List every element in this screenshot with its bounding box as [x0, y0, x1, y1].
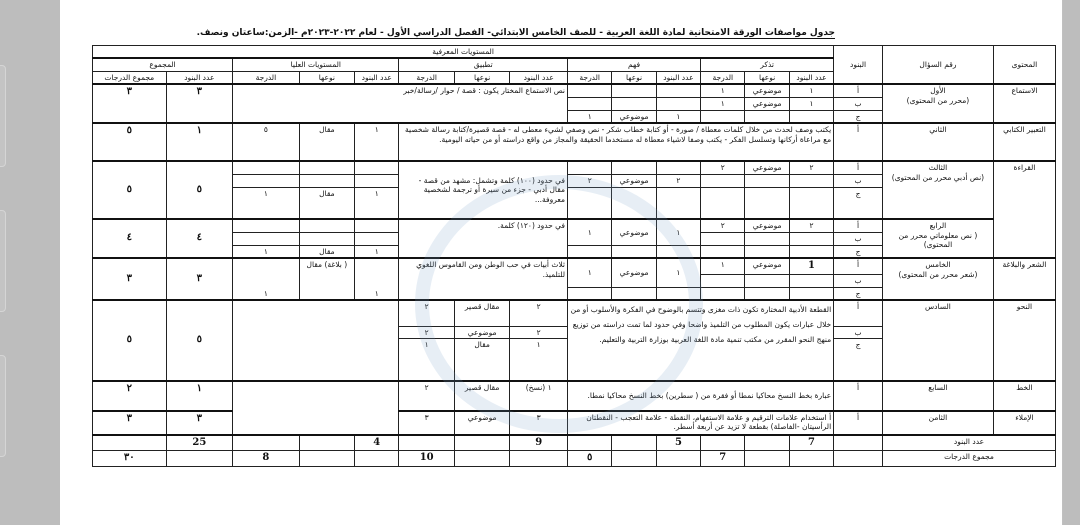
total-items: ١	[166, 381, 233, 411]
cell: ١	[701, 258, 745, 274]
sub-total-grades: مجموع الدرجات	[93, 71, 167, 84]
sub-item-count: عدد البنود	[166, 71, 233, 84]
item-label: ب	[834, 326, 883, 338]
cell	[612, 84, 656, 97]
cell	[656, 245, 700, 258]
gutter-tab	[0, 355, 6, 457]
cell	[612, 97, 656, 110]
apply-items-total: 9	[510, 435, 568, 451]
cell	[789, 110, 833, 123]
question-5: الخامس (شعر محرر من المحتوى)	[882, 258, 993, 300]
grand-total-grades: ٣٠	[93, 451, 167, 467]
cell	[355, 232, 399, 245]
cell	[745, 187, 789, 219]
cell	[233, 219, 300, 232]
total-grades: ٤	[93, 219, 167, 258]
item-label: أ	[834, 219, 883, 232]
cell	[568, 84, 612, 97]
item-label: أ	[834, 411, 883, 435]
sub-grade: الدرجة	[233, 71, 300, 84]
item-label: ج	[834, 187, 883, 219]
total-items: ٥	[166, 161, 233, 219]
specification-table: المحتوى رقم السؤال البنود المستويات المع…	[92, 45, 1056, 467]
cell: موضوعي	[745, 219, 789, 232]
header-remember: تذكر	[701, 58, 834, 71]
cell: مقال	[299, 187, 354, 219]
cell	[701, 435, 745, 451]
cell: ١	[355, 258, 399, 300]
cell	[612, 435, 656, 451]
cell: ١	[233, 245, 300, 258]
header-higher: المستويات العليا	[233, 58, 399, 71]
cell: مقال قصير	[454, 381, 509, 411]
cell: ٢	[656, 174, 700, 187]
cell	[745, 232, 789, 245]
item-label: أ	[834, 300, 883, 326]
cell	[701, 245, 745, 258]
cell: موضوعي	[745, 258, 789, 274]
cell	[656, 287, 700, 300]
item-label: أ	[834, 161, 883, 174]
cell: موضوعي	[454, 326, 509, 338]
question-3: الثالث (نص أدبي محرر من المحتوى)	[882, 161, 993, 219]
item-label: ب	[834, 232, 883, 245]
cell	[656, 161, 700, 174]
cell: 1	[789, 258, 833, 274]
cell	[355, 219, 399, 232]
question-1: الأول (محرر من المحتوى)	[882, 84, 993, 123]
total-grades: ٣	[93, 258, 167, 300]
cell	[745, 435, 789, 451]
question-7: السابع	[882, 381, 993, 411]
cell: ١	[656, 110, 700, 123]
cell: ٣	[399, 411, 454, 435]
cell	[299, 451, 354, 467]
cell	[510, 451, 568, 467]
document-page: جدول مواصفات الورقة الامتحانية لمادة الل…	[60, 0, 1080, 525]
sub-type: نوعها	[745, 71, 789, 84]
sub-grade: الدرجة	[568, 71, 612, 84]
cell	[233, 232, 300, 245]
cell: ١	[701, 84, 745, 97]
cell	[568, 97, 612, 110]
cell: ١	[656, 258, 700, 287]
cell: ١	[233, 187, 300, 219]
sub-type: نوعها	[454, 71, 509, 84]
cell	[701, 274, 745, 287]
table-row: الاستماع الأول (محرر من المحتوى) أ ١ موض…	[93, 84, 1056, 97]
apply-grades-total: 10	[399, 451, 454, 467]
cell	[701, 232, 745, 245]
cell: مقال	[454, 339, 509, 381]
higher-items-total: 4	[355, 435, 399, 451]
cell: ٢	[510, 326, 568, 338]
cell: ١	[656, 219, 700, 245]
cell	[299, 161, 354, 174]
empty-cell	[233, 381, 399, 435]
cell	[612, 287, 656, 300]
item-label: أ	[834, 258, 883, 274]
question-4: الرابع ( نص معلوماتي محرر من المحتوى)	[882, 219, 993, 258]
cell	[834, 451, 883, 467]
cell	[355, 451, 399, 467]
listening-note: نص الاستماع المختار يكون : قصة / حوار /ر…	[233, 84, 568, 123]
question-2: الثاني	[882, 123, 993, 161]
cell: ١	[355, 187, 399, 219]
cell	[233, 435, 300, 451]
sub-type: نوعها	[299, 71, 354, 84]
cell: ١	[568, 219, 612, 245]
item-label: ب	[834, 274, 883, 287]
sub-type: نوعها	[612, 71, 656, 84]
grand-total-items: 25	[166, 435, 233, 451]
dictation-note: أ استخدام علامات الترقيم و علامة الاستفه…	[568, 411, 834, 435]
header-knowledge-levels: المستويات المعرفية	[93, 46, 834, 59]
cell: موضوعي	[612, 174, 656, 187]
sub-grade: الدرجة	[399, 71, 454, 84]
cell	[656, 187, 700, 219]
cell	[656, 97, 700, 110]
cell: موضوعي	[745, 97, 789, 110]
cell	[612, 245, 656, 258]
cell	[568, 161, 612, 174]
cell	[745, 274, 789, 287]
empty-cell	[233, 300, 399, 380]
cell: مقال قصير	[454, 300, 509, 326]
cell	[745, 110, 789, 123]
reading1-note: في حدود (١٠٠) كلمة وتشمل: مشهد من قصة - …	[399, 161, 568, 219]
cell: ١	[568, 258, 612, 287]
cell: ١	[355, 123, 399, 161]
cell	[299, 232, 354, 245]
cell	[789, 174, 833, 187]
sub-item-count: عدد البنود	[789, 71, 833, 84]
cell	[701, 174, 745, 187]
item-label: ب	[834, 174, 883, 187]
cell: ٢	[399, 381, 454, 411]
cell: ١ (نسخ)	[510, 381, 568, 411]
cell	[166, 451, 233, 467]
cell	[656, 84, 700, 97]
sub-item-count: عدد البنود	[656, 71, 700, 84]
content-grammar: النحو	[993, 300, 1055, 380]
understand-grades-total: ٥	[568, 451, 612, 467]
cell	[568, 187, 612, 219]
cell	[399, 435, 454, 451]
cell	[789, 187, 833, 219]
total-items: ٤	[166, 219, 233, 258]
content-listening: الاستماع	[993, 84, 1055, 123]
cell	[745, 245, 789, 258]
header-understand: فهم	[568, 58, 701, 71]
cell: ١	[233, 258, 300, 300]
cell	[299, 219, 354, 232]
cell: ١	[355, 245, 399, 258]
right-margin	[1063, 0, 1080, 525]
cell: ٢	[399, 300, 454, 326]
total-items: ١	[166, 123, 233, 161]
remember-items-total: 7	[789, 435, 833, 451]
gutter-tab	[0, 65, 6, 167]
sub-grade: الدرجة	[701, 71, 745, 84]
cell	[233, 174, 300, 187]
header-items: البنود	[834, 46, 883, 85]
sub-item-count: عدد البنود	[510, 71, 568, 84]
cell: ٢	[399, 326, 454, 338]
cell	[789, 287, 833, 300]
cell: موضوعي	[745, 161, 789, 174]
grammar-note: القطعة الأدبية المختارة تكون ذات مغزى وت…	[568, 300, 834, 380]
cell	[355, 161, 399, 174]
cell: موضوعي	[745, 84, 789, 97]
cell	[93, 435, 167, 451]
cell: ٢	[701, 219, 745, 232]
cell	[701, 187, 745, 219]
cell	[834, 435, 883, 451]
gutter-tab	[0, 210, 6, 312]
cell	[745, 287, 789, 300]
cell: ٢	[510, 300, 568, 326]
item-label: ج	[834, 339, 883, 381]
total-items: ٥	[166, 300, 233, 380]
cell: ٢	[789, 161, 833, 174]
cell	[789, 274, 833, 287]
question-6: السادس	[882, 300, 993, 380]
cell	[568, 287, 612, 300]
item-label: ج	[834, 287, 883, 300]
header-content: المحتوى	[993, 46, 1055, 85]
handwriting-note: عبارة بخط النسخ محاكيا نمطا أو فقرة من (…	[568, 381, 834, 411]
cell	[612, 187, 656, 219]
cell: مقال	[299, 123, 354, 161]
writing-note: يكتب وصف لحدث من خلال كلمات معطاة / صورة…	[399, 123, 834, 161]
total-grades: ٥	[93, 300, 167, 380]
reading2-note: في حدود (١٢٠) كلمة.	[399, 219, 568, 258]
left-gutter	[0, 0, 60, 525]
cell: موضوعي	[612, 219, 656, 245]
cell	[299, 174, 354, 187]
total-items: ٣	[166, 84, 233, 123]
total-items: ٣	[166, 411, 233, 435]
total-grades: ٥	[93, 161, 167, 219]
header-apply: تطبيق	[399, 58, 568, 71]
item-label: ج	[834, 110, 883, 123]
item-label: أ	[834, 123, 883, 161]
cell: ١	[789, 97, 833, 110]
item-label: أ	[834, 84, 883, 97]
cell: موضوعي	[454, 411, 509, 435]
cell: موضوعي	[612, 110, 656, 123]
total-grades: ٣	[93, 411, 167, 435]
remember-grades-total: 7	[701, 451, 745, 467]
total-grades: ٥	[93, 123, 167, 161]
cell: ( بلاغة) مقال	[299, 258, 354, 300]
cell	[745, 451, 789, 467]
cell: ١	[399, 339, 454, 381]
footer-grade-sum-label: مجموع الدرجات	[882, 451, 1055, 467]
cell	[789, 245, 833, 258]
cell	[355, 174, 399, 187]
cell: ٢	[701, 161, 745, 174]
cell: ١	[568, 110, 612, 123]
document-title: جدول مواصفات الورقة الامتحانية لمادة الل…	[290, 28, 835, 39]
item-label: ب	[834, 97, 883, 110]
poetry-note: ثلاث أبيات في حب الوطن ومن القاموس اللغو…	[399, 258, 568, 300]
cell	[454, 435, 509, 451]
cell: ١	[789, 84, 833, 97]
header-total: المجموع	[93, 58, 233, 71]
higher-grades-total: 8	[233, 451, 300, 467]
cell: ٥	[233, 123, 300, 161]
cell	[656, 451, 700, 467]
content-poetry: الشعر والبلاغة	[993, 258, 1055, 300]
cell	[299, 435, 354, 451]
cell	[745, 174, 789, 187]
cell: ١	[701, 97, 745, 110]
cell	[701, 287, 745, 300]
cell: ٢	[789, 219, 833, 232]
question-8: الثامن	[882, 411, 993, 435]
total-grades: ٣	[93, 84, 167, 123]
cell: ١	[510, 339, 568, 381]
cell: ٣	[510, 411, 568, 435]
content-handwriting: الخط	[993, 381, 1055, 411]
header-question-no: رقم السؤال	[882, 46, 993, 85]
cell	[568, 435, 612, 451]
cell	[454, 451, 509, 467]
cell	[612, 451, 656, 467]
total-items: ٣	[166, 258, 233, 300]
cell: موضوعي	[612, 258, 656, 287]
cell: مقال	[299, 245, 354, 258]
item-label: أ	[834, 381, 883, 411]
content-writing: التعبير الكتابي	[993, 123, 1055, 161]
cell	[701, 110, 745, 123]
cell: ٢	[568, 174, 612, 187]
cell	[789, 232, 833, 245]
cell	[612, 161, 656, 174]
understand-items-total: 5	[656, 435, 700, 451]
cell	[233, 161, 300, 174]
content-dictation: الإملاء	[993, 411, 1055, 435]
total-grades: ٢	[93, 381, 167, 411]
footer-item-count-label: عدد البنود	[882, 435, 1055, 451]
sub-item-count: عدد البنود	[355, 71, 399, 84]
cell	[568, 245, 612, 258]
cell	[789, 451, 833, 467]
content-reading: القراءة	[993, 161, 1055, 258]
item-label: ج	[834, 245, 883, 258]
